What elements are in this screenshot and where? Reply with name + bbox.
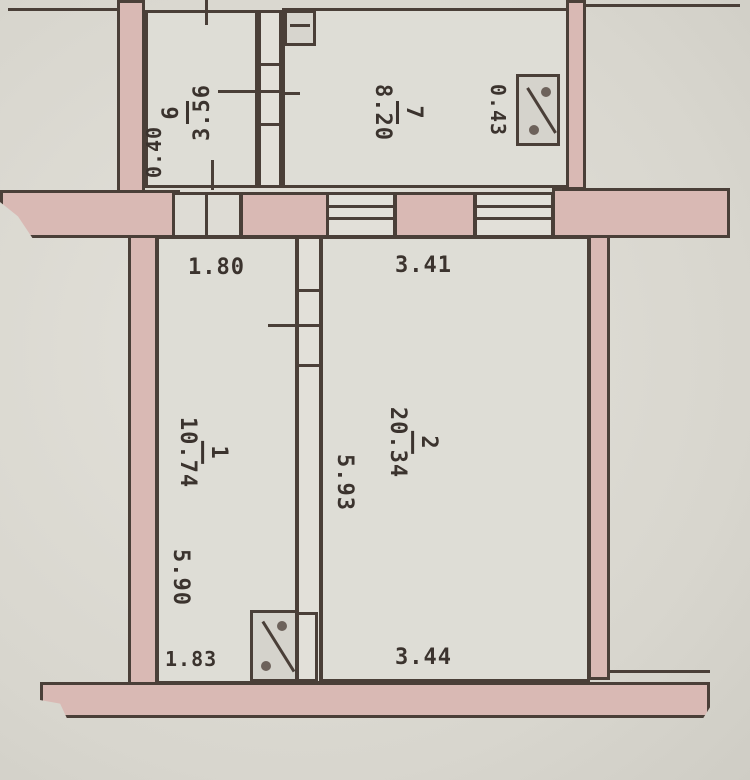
room-7-niche	[284, 10, 316, 46]
room-1-area: 10.74	[176, 417, 201, 488]
room-6-id: 6	[161, 101, 189, 123]
right-outer-line	[610, 670, 710, 673]
room-7-id: 7	[396, 101, 424, 123]
room-1-id: 1	[201, 441, 229, 463]
corridor-window-mid	[326, 192, 396, 238]
wall-vertical-left-upper	[117, 0, 145, 195]
room-7-area: 8.20	[371, 84, 396, 141]
ventilation-shaft-upper	[516, 74, 560, 146]
corridor-band-right	[552, 188, 730, 238]
shaft-side-panel	[296, 612, 318, 682]
room-1-label: 110.74	[176, 417, 231, 488]
room-2-id: 2	[411, 431, 439, 453]
wall-vertical-right-lower	[588, 235, 610, 680]
top-wall-left	[8, 8, 118, 11]
room-2-top-dimension: 3.41	[395, 253, 452, 278]
room-6-area: 3.56	[189, 84, 214, 141]
wall-vertical-right-upper	[566, 0, 586, 190]
room-6-door-tick	[205, 0, 208, 25]
bottom-wall	[40, 682, 710, 718]
corridor-window-right	[474, 192, 554, 238]
room-1-top-dimension: 1.80	[188, 255, 245, 280]
room-6-door-tick-bottom	[211, 160, 214, 190]
shaft-area-label: 0.43	[486, 84, 510, 136]
wall-vertical-left-lower	[128, 235, 158, 695]
room-7-niche-mark	[290, 24, 310, 27]
room-1-side-dimension: 5.90	[168, 549, 193, 606]
room-2-label: 220.34	[386, 407, 441, 478]
room-2	[320, 236, 590, 682]
room-6-side-label: 0.40	[142, 126, 166, 178]
room-1-bottom-dimension: 1.83	[165, 647, 217, 671]
room-6-label: 63.56	[159, 84, 214, 141]
room-2-side-dimension: 5.93	[332, 454, 357, 511]
room-7-wall-tick	[282, 92, 300, 95]
partition-6-7	[258, 10, 282, 188]
room-7-label: 78.20	[371, 84, 426, 141]
top-wall-right	[580, 4, 740, 7]
corridor-band-mid2	[394, 192, 476, 238]
ventilation-shaft-lower	[250, 610, 298, 682]
room-2-area: 20.34	[386, 407, 411, 478]
corridor-window-left	[172, 192, 242, 238]
room-2-bottom-dimension: 3.44	[395, 645, 452, 670]
corridor-band-mid	[240, 192, 330, 238]
